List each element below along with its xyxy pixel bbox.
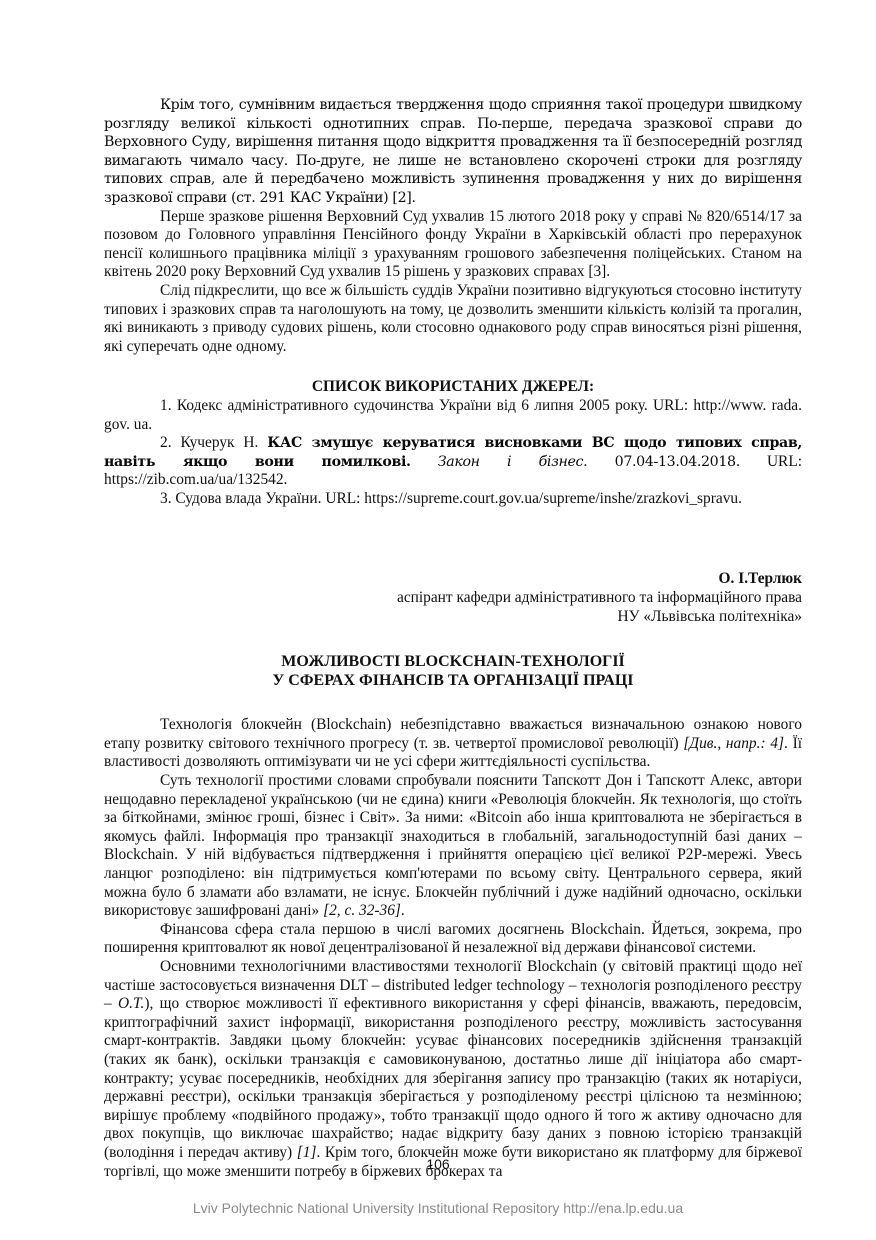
reference-item-3: 3. Судова влада України. URL: https://su…: [104, 490, 802, 509]
article-paragraph-1: Технологія блокчейн (Blockchain) небезпі…: [104, 716, 802, 772]
reference-2-journal: Закон і бізнес: [438, 454, 583, 470]
author-affiliation: НУ «Львівська політехніка»: [104, 608, 802, 627]
paragraph-text: ), що створює можливості її ефективного …: [104, 995, 802, 1161]
author-initials: О.Т.: [118, 995, 144, 1012]
paragraph-text: Суть технології простими словами спробув…: [104, 772, 802, 919]
references-section: СПИСОК ВИКОРИСТАНИХ ДЖЕРЕЛ: 1. Кодекс ад…: [104, 378, 802, 508]
repository-footer: Lviv Polytechnic National University Ins…: [0, 1200, 876, 1216]
author-position: аспірант кафедри адміністративного та ін…: [104, 589, 802, 608]
author-block: О. І.Терлюк аспірант кафедри адміністрат…: [104, 570, 802, 626]
article-title-line-2: У СФЕРАХ ФІНАНСІВ ТА ОРГАНІЗАЦІЇ ПРАЦІ: [104, 671, 802, 690]
article-title-line-1: МОЖЛИВОСТІ BLOCKCHAIN-ТЕХНОЛОГІЇ: [104, 652, 802, 671]
paragraph-first-decision: Перше зразкове рішення Верховний Суд ухв…: [104, 208, 802, 282]
citation: [Див., напр.: 4]: [683, 735, 784, 752]
article-title: МОЖЛИВОСТІ BLOCKCHAIN-ТЕХНОЛОГІЇ У СФЕРА…: [104, 652, 802, 690]
reference-item-1: 1. Кодекс адміністративного судочинства …: [104, 397, 802, 434]
article-body: Технологія блокчейн (Blockchain) небезпі…: [104, 716, 802, 1181]
article-paragraph-4: Основними технологічними властивостями т…: [104, 958, 802, 1181]
intro-paragraph: Крім того, сумнівним видається твердженн…: [104, 96, 802, 208]
article-paragraph-3: Фінансова сфера стала першою в числі ваг…: [104, 921, 802, 958]
reference-item-2: 2. Кучерук Н. КАС змушує керуватися висн…: [104, 434, 802, 490]
reference-2-dates: . 07.04-13.04.2018.: [583, 454, 740, 470]
page-number: 106: [0, 1156, 876, 1172]
references-heading: СПИСОК ВИКОРИСТАНИХ ДЖЕРЕЛ:: [104, 378, 802, 397]
reference-2-author: 2. Кучерук Н.: [160, 434, 267, 451]
paragraph-judges-opinion: Слід підкреслити, що все ж більшість суд…: [104, 282, 802, 356]
article-paragraph-2: Суть технології простими словами спробув…: [104, 772, 802, 921]
paragraph-text: .: [401, 902, 405, 919]
author-name: О. І.Терлюк: [104, 570, 802, 589]
citation: [2, с. 32-36]: [323, 902, 401, 919]
document-page: Крім того, сумнівним видається твердженн…: [104, 96, 802, 1181]
